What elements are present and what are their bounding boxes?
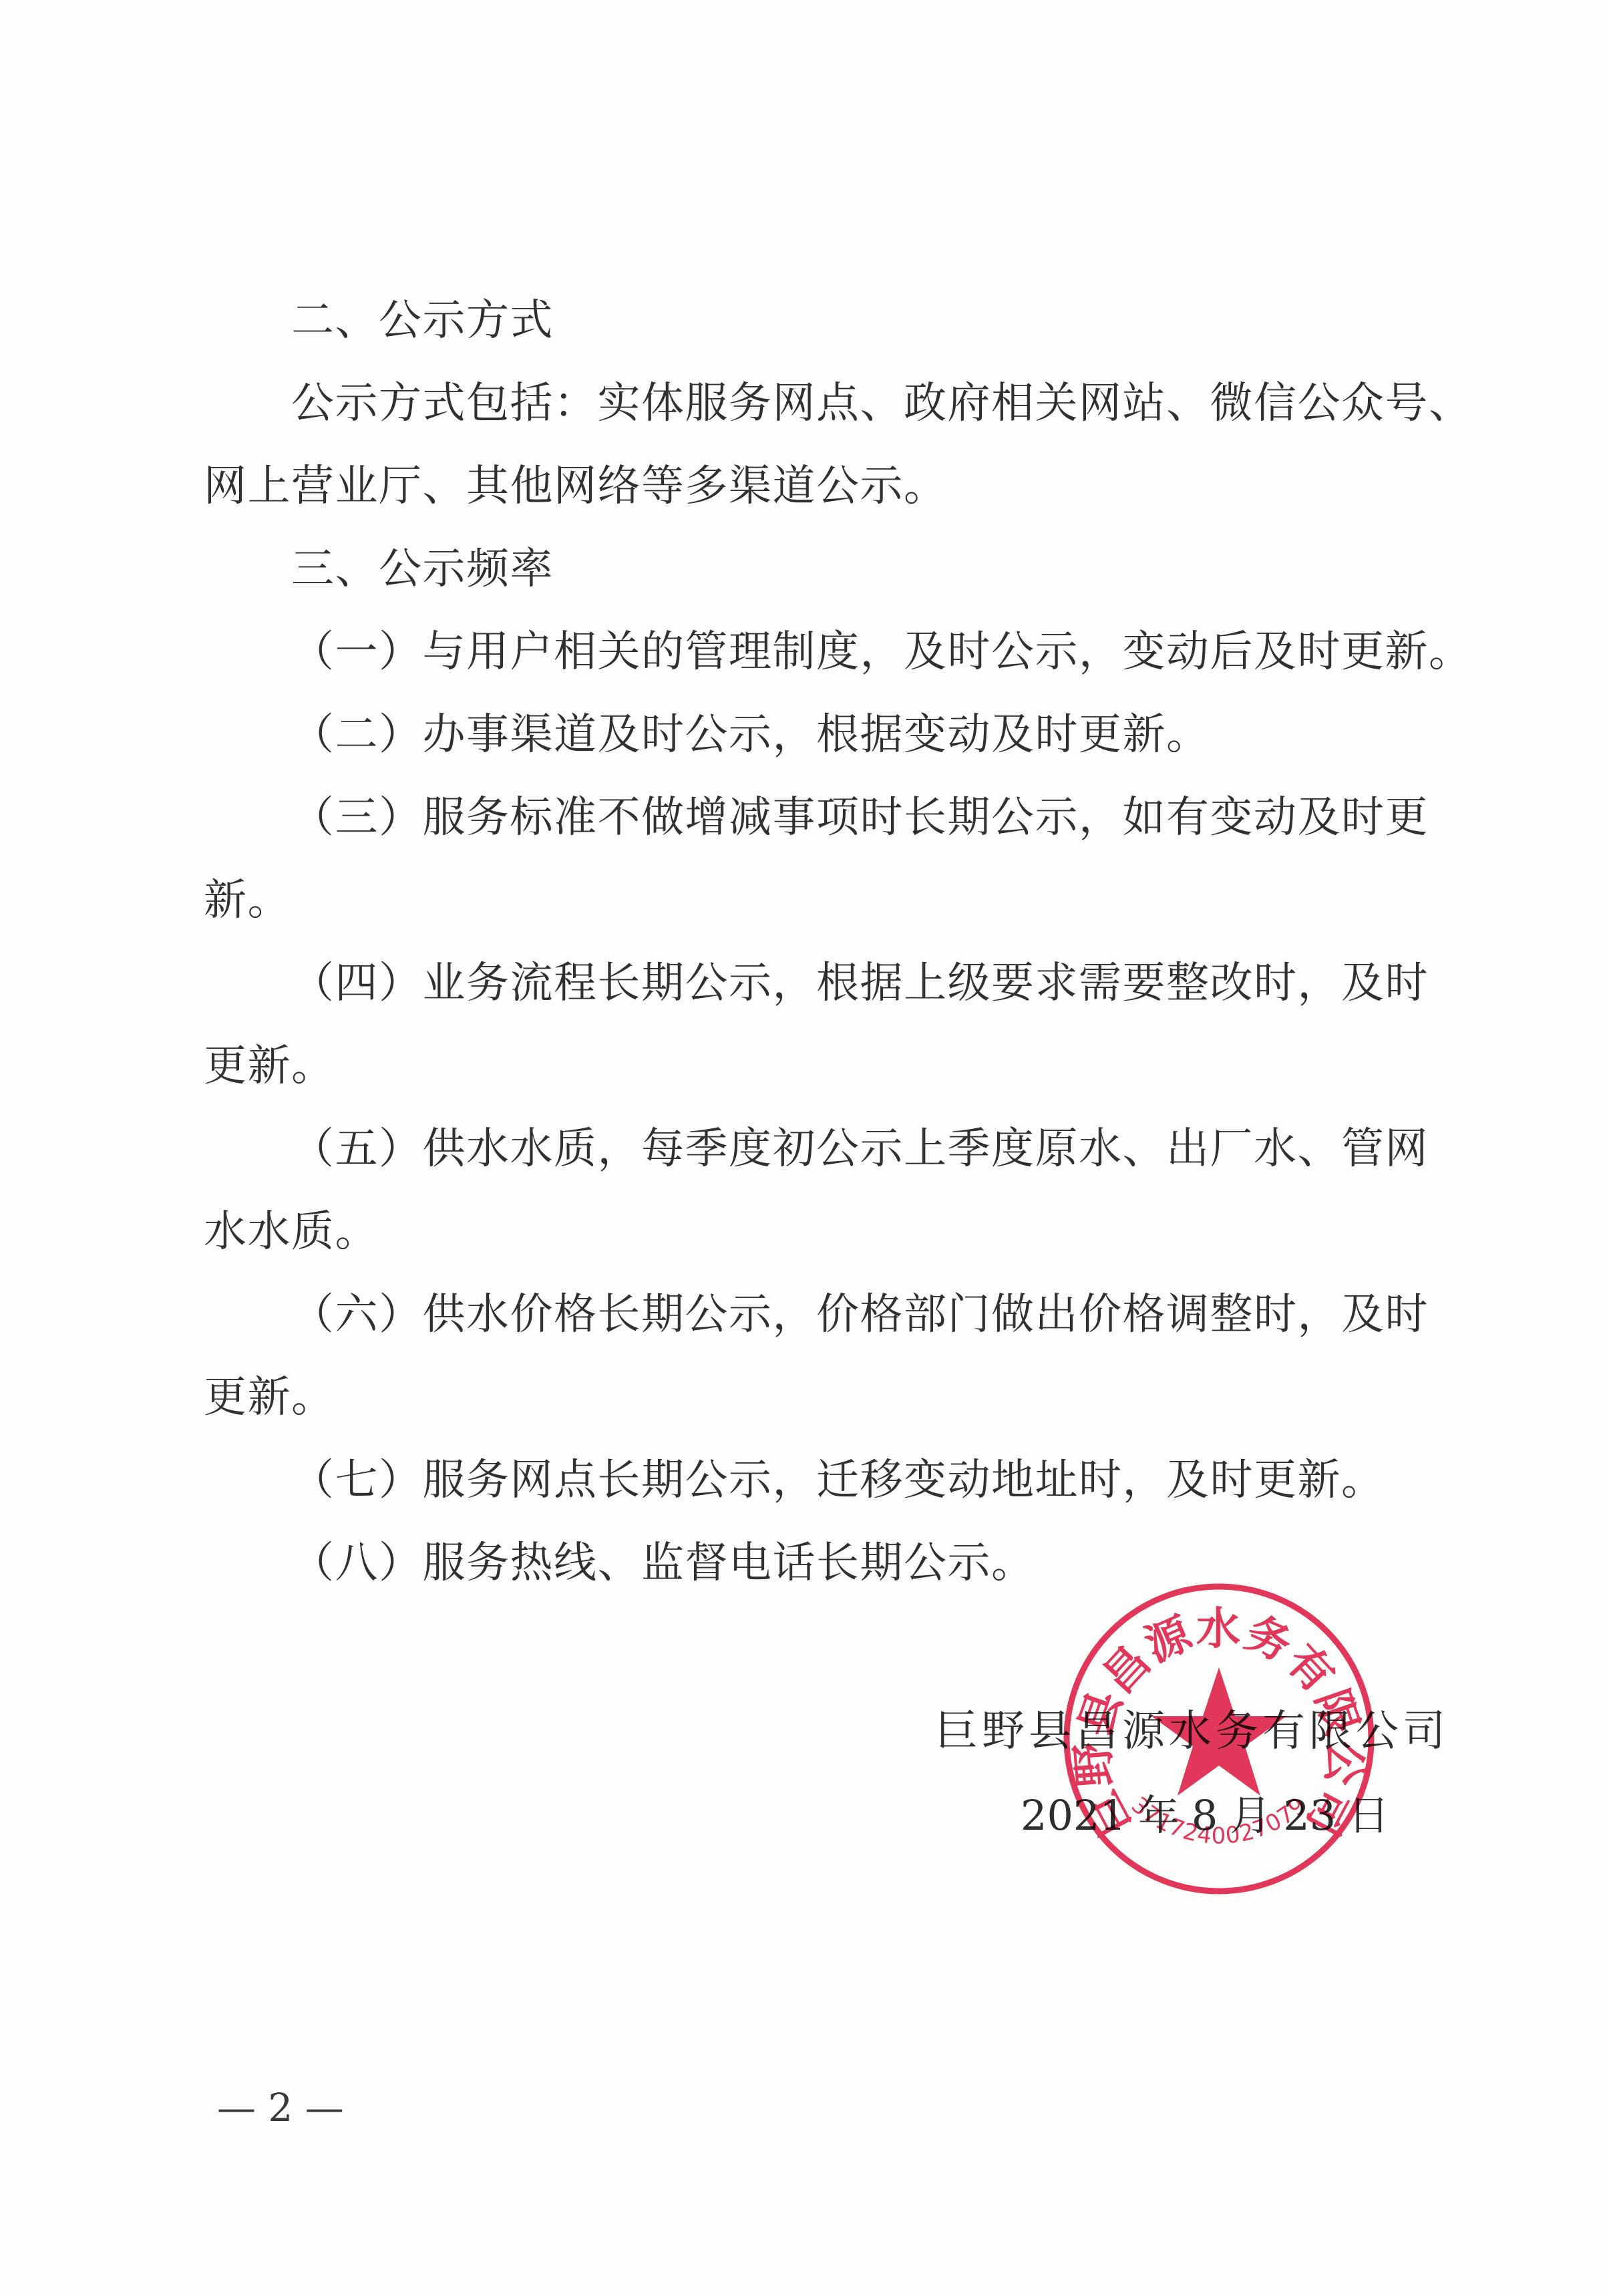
list-item-4: （四）业务流程长期公示，根据上级要求需要整改时，及时 — [204, 942, 1433, 1025]
document-body: 二、公示方式 公示方式包括：实体服务网点、政府相关网站、微信公众号、 网上营业厅… — [204, 279, 1433, 1605]
seal-code: 3717240027079 — [1126, 1792, 1312, 1849]
company-seal: 巨野县昌源水务有限公司 3717240027079 — [1062, 1582, 1376, 1896]
list-item-3: （三）服务标准不做增减事项时长期公示，如有变动及时更 — [204, 776, 1433, 859]
document-page: 二、公示方式 公示方式包括：实体服务网点、政府相关网站、微信公众号、 网上营业厅… — [0, 0, 1609, 2296]
list-item-6-cont: 更新。 — [204, 1356, 1433, 1439]
section-heading-frequency: 三、公示频率 — [204, 528, 1433, 611]
list-item-7: （七）服务网点长期公示，迁移变动地址时，及时更新。 — [204, 1439, 1433, 1522]
page-number: — 2 — — [217, 2084, 344, 2131]
list-item-6: （六）供水价格长期公示，价格部门做出价格调整时，及时 — [204, 1273, 1433, 1356]
paragraph-line: 网上营业厅、其他网络等多渠道公示。 — [204, 445, 1433, 528]
list-item-1: （一）与用户相关的管理制度，及时公示，变动后及时更新。 — [204, 611, 1433, 693]
list-item-5: （五）供水水质，每季度初公示上季度原水、出厂水、管网 — [204, 1108, 1433, 1190]
list-item-5-cont: 水水质。 — [204, 1190, 1433, 1273]
list-item-3-cont: 新。 — [204, 859, 1433, 942]
paragraph-line: 公示方式包括：实体服务网点、政府相关网站、微信公众号、 — [204, 362, 1433, 445]
star-icon — [1151, 1667, 1286, 1796]
list-item-4-cont: 更新。 — [204, 1025, 1433, 1108]
section-heading-method: 二、公示方式 — [204, 279, 1433, 362]
list-item-2: （二）办事渠道及时公示，根据变动及时更新。 — [204, 693, 1433, 776]
